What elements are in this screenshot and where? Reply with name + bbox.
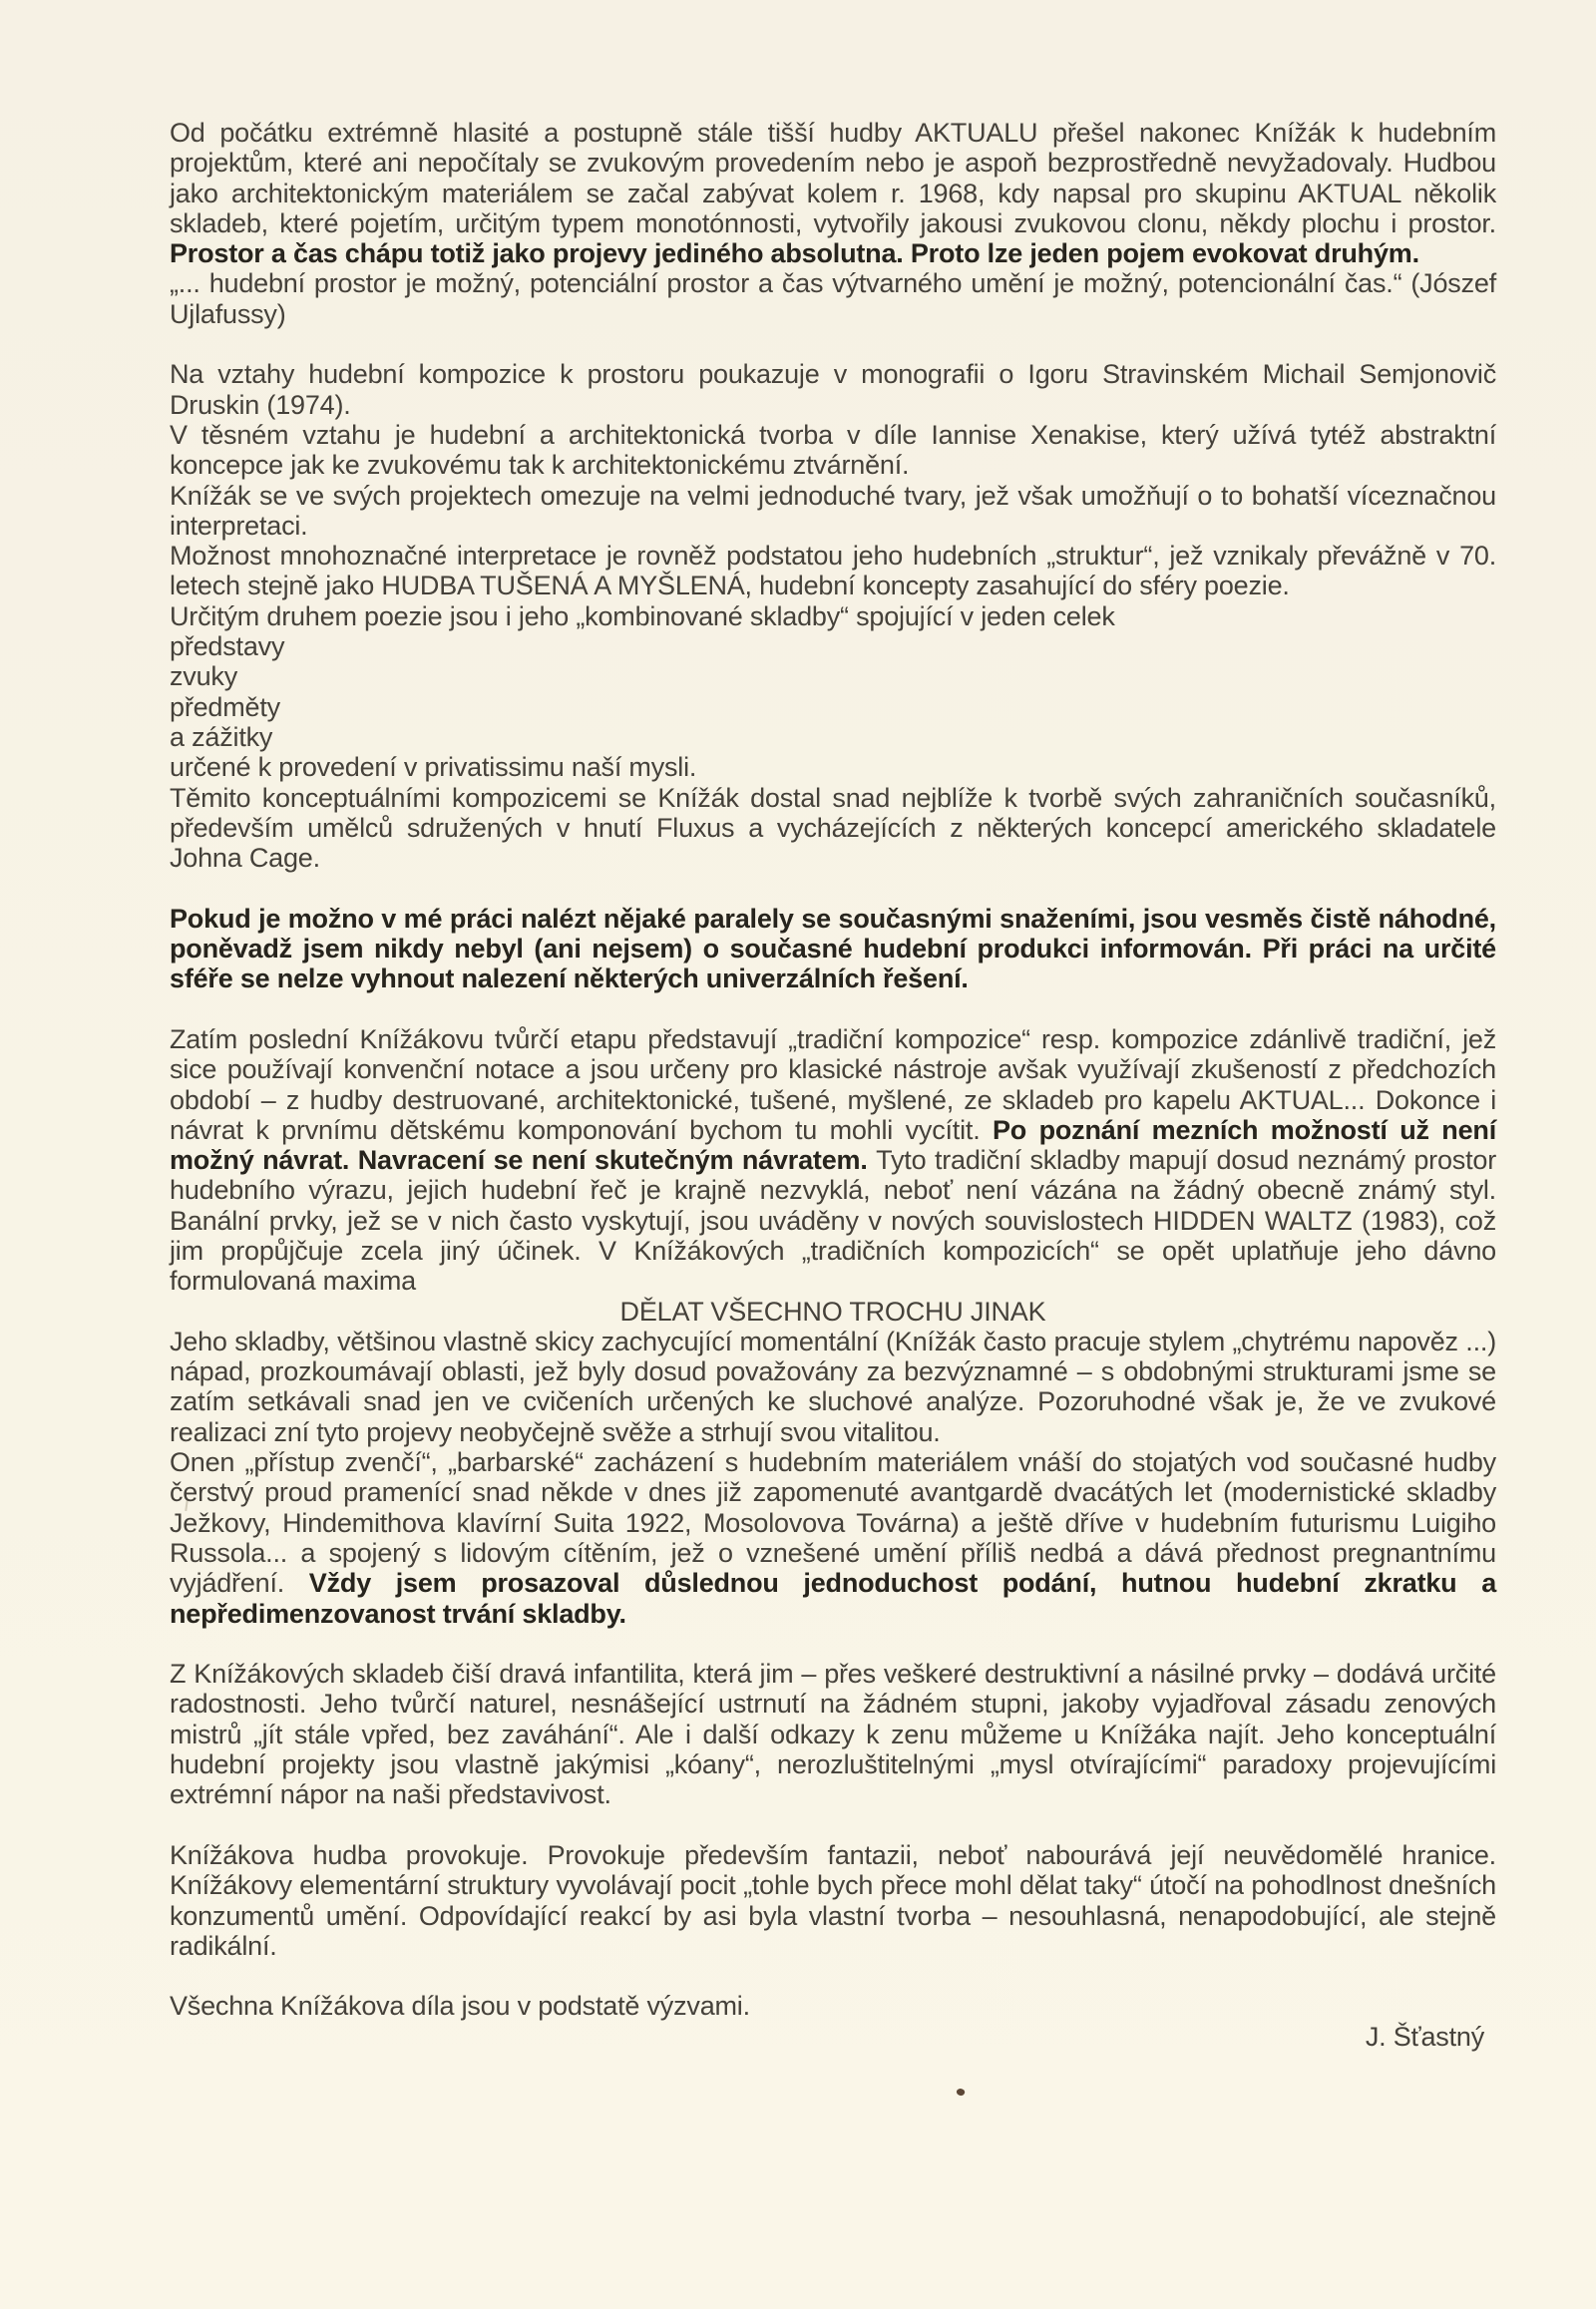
list-line: určené k provedení v privatissimu naší m… (170, 752, 1496, 782)
blank-line (170, 873, 1496, 903)
text-run: „... hudební prostor je možný, potenciál… (170, 268, 1496, 328)
signature: J. Šťastný (170, 2022, 1496, 2052)
paragraph: Všechna Knížákova díla jsou v podstatě v… (170, 1991, 1496, 2021)
list-line: zvuky (170, 661, 1496, 691)
text-run: Na vztahy hudební kompozice k prostoru p… (170, 359, 1496, 419)
text-run: Knížák se ve svých projektech omezuje na… (170, 481, 1496, 541)
list-line: a zážitky (170, 722, 1496, 752)
paragraph: Od počátku extrémně hlasité a postupně s… (170, 118, 1496, 268)
paragraph: Možnost mnohoznačné interpretace je rovn… (170, 541, 1496, 601)
paragraph: Pokud je možno v mé práci nalézt nějaké … (170, 904, 1496, 994)
paragraph: Na vztahy hudební kompozice k prostoru p… (170, 359, 1496, 420)
ink-speck (956, 2087, 966, 2097)
paragraph: Onen „přístup zvenčí“, „barbarské“ zachá… (170, 1447, 1496, 1629)
document-page: Od počátku extrémně hlasité a postupně s… (0, 0, 1596, 2309)
text-run: Knížákova hudba provokuje. Provokuje pře… (170, 1840, 1496, 1961)
paragraph: Knížák se ve svých projektech omezuje na… (170, 481, 1496, 542)
paragraph: „... hudební prostor je možný, potenciál… (170, 268, 1496, 329)
blank-line (170, 329, 1496, 359)
paragraph: Určitým druhem poezie jsou i jeho „kombi… (170, 601, 1496, 631)
paragraph: Jeho skladby, většinou vlastně skicy zac… (170, 1327, 1496, 1447)
blank-line (170, 1629, 1496, 1659)
bold-text-run: Prostor a čas chápu totiž jako projevy j… (170, 238, 1419, 268)
bold-text-run: Vždy jsem prosazoval důslednou jednoduch… (170, 1568, 1496, 1628)
bold-text-run: Pokud je možno v mé práci nalézt nějaké … (170, 904, 1496, 994)
text-run: Z Knížákových skladeb čiší dravá infanti… (170, 1659, 1496, 1809)
paragraph: Z Knížákových skladeb čiší dravá infanti… (170, 1659, 1496, 1809)
text-run: Těmito konceptuálními kompozicemi se Kní… (170, 783, 1496, 874)
centered-line: DĚLAT VŠECHNO TROCHU JINAK (170, 1297, 1496, 1327)
text-column: Od počátku extrémně hlasité a postupně s… (170, 118, 1496, 2052)
text-run: Všechna Knížákova díla jsou v podstatě v… (170, 1991, 750, 2021)
text-run: Určitým druhem poezie jsou i jeho „kombi… (170, 601, 1115, 631)
paragraph: V těsném vztahu je hudební a architekton… (170, 420, 1496, 481)
paragraph: Těmito konceptuálními kompozicemi se Kní… (170, 783, 1496, 874)
text-run: Od počátku extrémně hlasité a postupně s… (170, 118, 1496, 238)
blank-line (170, 1810, 1496, 1840)
blank-line (170, 994, 1496, 1024)
text-run: Možnost mnohoznačné interpretace je rovn… (170, 541, 1496, 600)
blank-line (170, 1961, 1496, 1991)
list-line: předměty (170, 692, 1496, 722)
list-line: představy (170, 631, 1496, 661)
text-run: Jeho skladby, většinou vlastně skicy zac… (170, 1327, 1496, 1447)
text-run: V těsném vztahu je hudební a architekton… (170, 420, 1496, 480)
paragraph: Zatím poslední Knížákovu tvůrčí etapu př… (170, 1024, 1496, 1297)
paragraph: Knížákova hudba provokuje. Provokuje pře… (170, 1840, 1496, 1961)
scanned-page: { "page": { "background_color": "#f8f4e6… (0, 0, 1596, 2309)
